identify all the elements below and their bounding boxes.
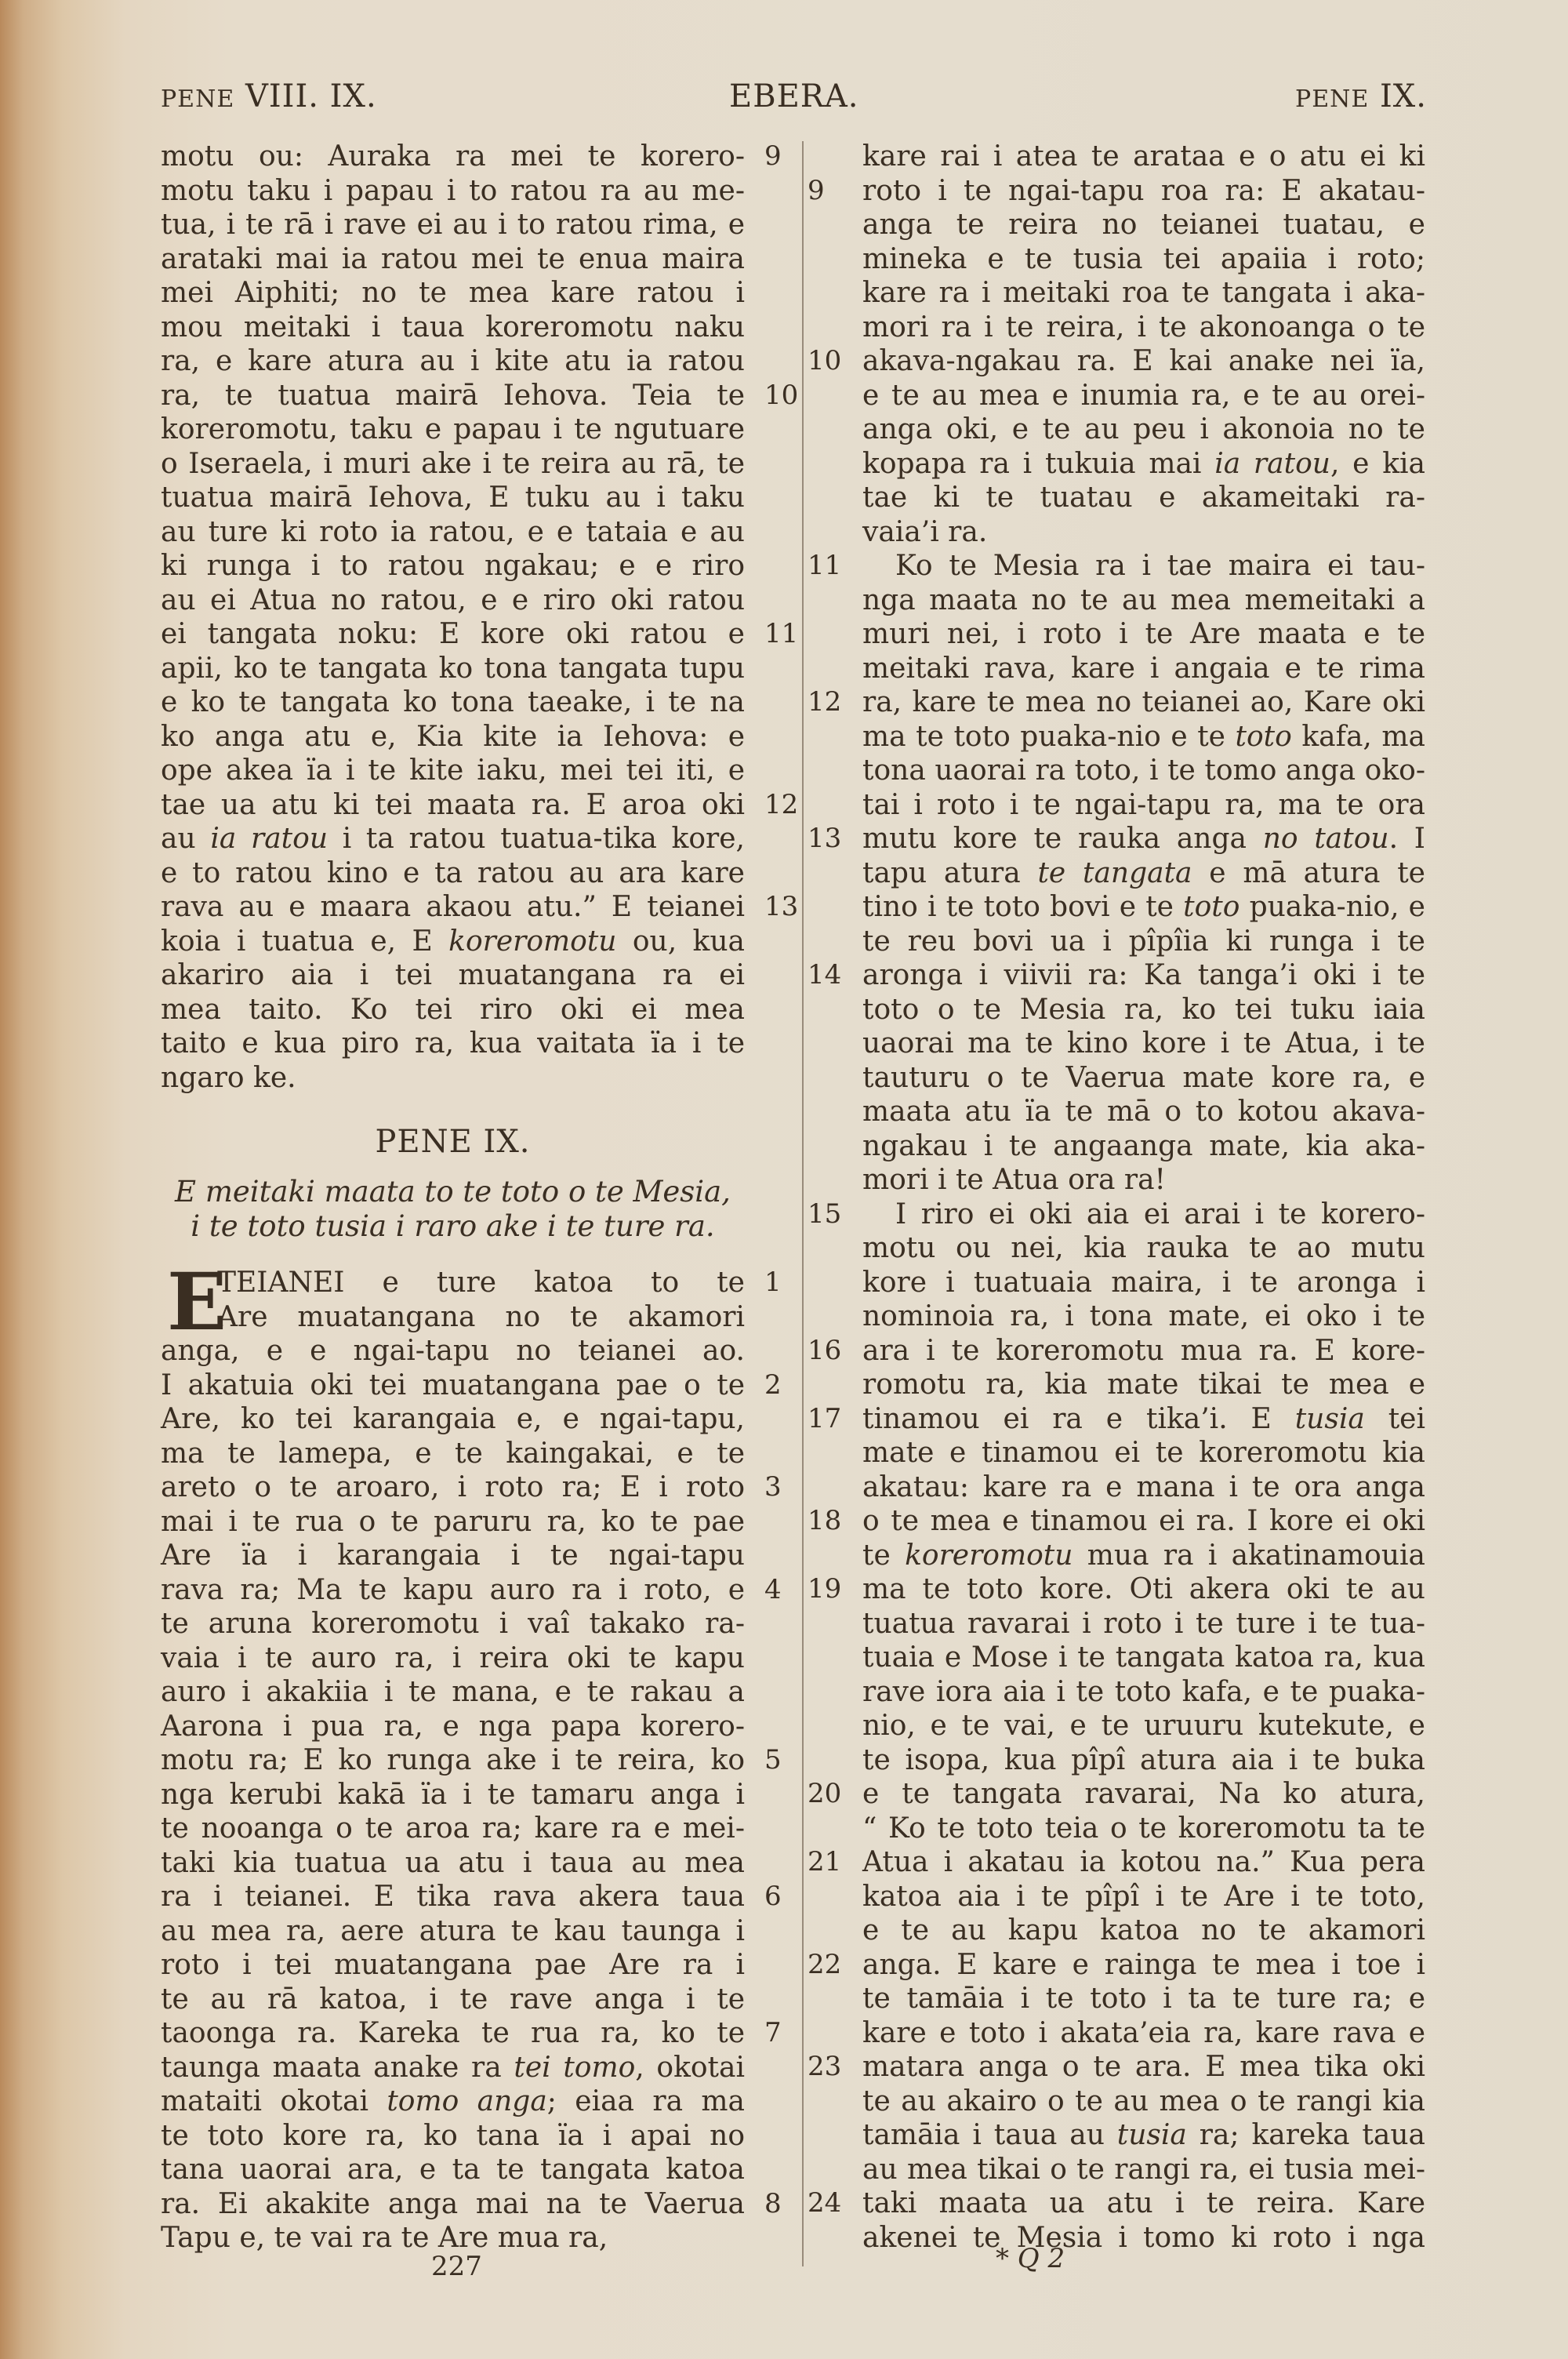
text-line: o te mea e tinamou ei ra. I kore ei oki1…	[808, 1504, 1427, 1539]
line-text: taunga maata anake ra tei tomo, okotai	[161, 2051, 745, 2085]
text-line: e te au kapu katoa no te akamori	[808, 1914, 1427, 1948]
verse-number: 23	[808, 2050, 841, 2085]
text-line: ra i teianei. E tika rava akera taua6	[161, 1880, 788, 1914]
running-head-right: Pene IX.	[1295, 78, 1427, 114]
text-line: motu ou nei, kia rauka te ao mutu	[808, 1231, 1427, 1266]
line-text: motu ra; E ko runga ake i te reira, ko	[161, 1743, 745, 1778]
line-text: au ia ratou i ta ratou tuatua-tika kore,	[161, 822, 745, 856]
text-line: auro i akakiia i te mana, e te rakau a	[161, 1675, 788, 1710]
chapter-9-continued-text: kare rai i atea te arataa e o atu ei kir…	[808, 140, 1427, 2255]
line-text: mea taito. Ko tei riro oki ei mea	[161, 993, 745, 1027]
line-text: e te tangata ravarai, Na ko atura,	[862, 1777, 1425, 1812]
line-text: I akatuia oki tei muatangana pae o te	[161, 1369, 745, 1403]
text-line: rava ra; Ma te kapu auro ra i roto, e4	[161, 1573, 788, 1608]
printer-signature-mark: * Q 2	[996, 2243, 1065, 2274]
line-text: motu ou nei, kia rauka te ao mutu	[862, 1231, 1425, 1266]
text-line: kore i tuatuaia maira, i te aronga i	[808, 1266, 1427, 1300]
line-text: muri nei, i roto i te Are maata e te	[862, 617, 1425, 652]
text-line: au mea ra, aere atura te kau taunga i	[161, 1914, 788, 1949]
line-text-roman: mua ra i akatinamouia	[1073, 1539, 1425, 1572]
line-text-italic: no tatou	[1263, 823, 1389, 855]
line-text: nga maata no te au mea memeitaki a	[862, 583, 1425, 618]
text-line: ngakau i te angaanga mate, kia aka-	[808, 1129, 1427, 1164]
text-line: I riro ei oki aia ei arai i te korero-15	[808, 1198, 1427, 1232]
text-line: te au akairo o te au mea o te rangi kia	[808, 2085, 1427, 2119]
text-line: tai i roto i te ngai-tapu ra, ma te ora	[808, 788, 1427, 823]
line-text: te au rā katoa, i te rave anga i te	[161, 1983, 745, 2017]
line-text: Are, ko tei karangaia e, e ngai-tapu,	[161, 1402, 745, 1437]
verse-number: 9	[764, 140, 782, 174]
line-text: o te mea e tinamou ei ra. I kore ei oki	[862, 1504, 1425, 1539]
text-line: mutu kore te rauka anga no tatou. I13	[808, 822, 1427, 856]
text-line: te toto kore ra, ko tana ïa i apai no	[161, 2119, 788, 2154]
line-text-italic: tusia	[1295, 1403, 1365, 1435]
line-text: Tapu e, te vai ra te Are mua ra,	[161, 2221, 745, 2255]
line-text: mei Aiphiti; no te mea kare ratou i	[161, 276, 745, 311]
verse-number: 13	[808, 822, 841, 856]
text-line: Are, ko tei karangaia e, e ngai-tapu,	[161, 1402, 788, 1437]
line-text: “ Ko te toto teia o te koreromotu ta te	[862, 1812, 1425, 1846]
line-text: ngaro ke.	[161, 1061, 745, 1096]
line-text: nio, e te vai, e te uruuru kutekute, e	[862, 1709, 1425, 1743]
line-text: motu taku i papau i to ratou ra au me-	[161, 174, 745, 209]
line-text: roto i te ngai-tapu roa ra: E akatau-	[862, 174, 1425, 209]
text-line: tapu atura te tangata e mā atura te	[808, 856, 1427, 891]
line-text: akava-ngakau ra. E kai anake nei ïa,	[862, 344, 1425, 379]
text-line: toto o te Mesia ra, ko tei tuku iaia	[808, 993, 1427, 1027]
line-text: ma te toto kore. Oti akera oki te au	[862, 1572, 1425, 1607]
text-line: o Iseraela, i muri ake i te reira au rā,…	[161, 447, 788, 482]
chapter-summary-line: i te toto tusia i raro ake i te ture ra.	[161, 1209, 745, 1244]
line-text-roman: koia i tuatua e, E	[161, 925, 448, 958]
line-text: te koreromotu mua ra i akatinamouia	[862, 1539, 1425, 1573]
text-line: te reu bovi ua i pîpîia ki runga i te	[808, 925, 1427, 959]
text-line: tona uaorai ra toto, i te tomo anga oko-	[808, 754, 1427, 788]
line-text: te aruna koreromotu i vaî takako ra-	[161, 1607, 745, 1641]
line-text-roman: , okotai	[635, 2052, 745, 2084]
line-text: tae ki te tuatau e akameitaki ra-	[862, 481, 1425, 515]
line-text: mataiti okotai tomo anga; eiaa ra ma	[161, 2085, 745, 2119]
line-text: akatau: kare ra e mana i te ora anga	[862, 1470, 1425, 1505]
line-text: mori ra i te reira, i te akonoanga o te	[862, 311, 1425, 345]
text-line: I akatuia oki tei muatangana pae o te2	[161, 1369, 788, 1403]
text-line: ma te lamepa, e te kaingakai, e te	[161, 1437, 788, 1471]
line-text-italic: koreromotu	[448, 925, 616, 958]
line-text-roman: tinamou ei ra e tika’i. E	[862, 1403, 1295, 1435]
text-line: vaia’i ra.	[808, 515, 1427, 550]
line-text: ra i teianei. E tika rava akera taua	[161, 1880, 745, 1914]
text-line: tuatua ravarai i roto i te ture i te tua…	[808, 1607, 1427, 1641]
verse-number: 20	[808, 1777, 841, 1812]
text-line: anga. E kare e rainga te mea i toe i22	[808, 1948, 1427, 1983]
line-text: tauturu o te Vaerua mate kore ra, e	[862, 1061, 1425, 1096]
text-line: Atua i akatau ia kotou na.” Kua pera21	[808, 1845, 1427, 1880]
line-text-italic: tei tomo	[514, 2052, 635, 2084]
line-text: Atua i akatau ia kotou na.” Kua pera	[862, 1845, 1425, 1880]
text-line: au ia ratou i ta ratou tuatua-tika kore,	[161, 822, 788, 856]
line-text: tapu atura te tangata e mā atura te	[862, 856, 1425, 891]
line-text-italic: koreromotu	[905, 1539, 1073, 1572]
line-text: nga kerubi kakā ïa i te tamaru anga i	[161, 1778, 745, 1812]
line-text: te isopa, kua pîpî atura aia i te buka	[862, 1743, 1425, 1778]
text-line: matara anga o te ara. E mea tika oki23	[808, 2050, 1427, 2085]
line-text: ko anga atu e, Kia kite ia Iehova: e	[161, 720, 745, 754]
text-line: te nooanga o te aroa ra; kare ra e mei-	[161, 1812, 788, 1846]
line-text: TEIANEI e ture katoa to te	[217, 1266, 745, 1300]
text-line: mori i te Atua ora ra!	[808, 1163, 1427, 1198]
line-text: mori i te Atua ora ra!	[862, 1163, 1425, 1198]
text-line: e ko te tangata ko tona taeake, i te na	[161, 685, 788, 720]
line-text: ei tangata noku: E kore oki ratou e	[161, 617, 745, 652]
verse-number: 5	[764, 1743, 782, 1778]
text-line: Ko te Mesia ra i tae maira ei tau-11	[808, 549, 1427, 583]
line-text: roto i tei muatangana pae Are ra i	[161, 1948, 745, 1983]
text-line: Tapu e, te vai ra te Are mua ra,	[161, 2221, 788, 2255]
line-text: akariro aia i tei muatangana ra ei	[161, 958, 745, 993]
text-line: te au rā katoa, i te rave anga i te	[161, 1983, 788, 2017]
line-text: koia i tuatua e, E koreromotu ou, kua	[161, 925, 745, 959]
line-text: anga oki, e te au peu i akonoia no te	[862, 413, 1425, 447]
text-line: taunga maata anake ra tei tomo, okotai	[161, 2051, 788, 2085]
line-text: tamāia i taua au tusia ra; kareka taua	[862, 2118, 1425, 2153]
text-line: akenei te Mesia i tomo ki roto i nga	[808, 2221, 1427, 2255]
line-text-roman: tapu atura	[862, 857, 1037, 889]
text-line: meitaki rava, kare i angaia e te rima	[808, 652, 1427, 686]
verse-number: 10	[764, 379, 798, 413]
line-text: te tamāia i te toto i ta te ture ra; e	[862, 1982, 1425, 2016]
text-line: ma te toto kore. Oti akera oki te au19	[808, 1572, 1427, 1607]
line-text: arataki mai ia ratou mei te enua maira	[161, 242, 745, 277]
line-text: aronga i viivii ra: Ka tanga’i oki i te	[862, 958, 1425, 993]
left-column: motu ou: Auraka ra mei te korero-9motu t…	[161, 140, 788, 2255]
text-line: mate e tinamou ei te koreromotu kia	[808, 1436, 1427, 1470]
line-text: ma te toto puaka-nio e te toto kafa, ma	[862, 720, 1425, 754]
line-text-italic: tomo anga	[387, 2085, 546, 2117]
text-line: mea taito. Ko tei riro oki ei mea	[161, 993, 788, 1027]
line-text: au ture ki roto ia ratou, e e tataia e a…	[161, 515, 745, 550]
line-text: au mea ra, aere atura te kau taunga i	[161, 1914, 745, 1949]
line-text: e te au mea e inumia ra, e te au orei-	[862, 379, 1425, 413]
line-text: ra, te tuatua mairā Iehova. Teia te	[161, 379, 745, 413]
line-text-roman: ; eiaa ra ma	[547, 2085, 745, 2117]
verse-number: 19	[808, 1572, 841, 1607]
chapter-title: PENE IX.	[161, 1118, 745, 1165]
text-line: ra. Ei akakite anga mai na te Vaerua8	[161, 2187, 788, 2222]
text-line: uaorai ma te kino kore i te Atua, i te	[808, 1027, 1427, 1061]
text-line: anga oki, e te au peu i akonoia no te	[808, 413, 1427, 447]
line-text: vaia i te auro ra, i reira oki te kapu	[161, 1641, 745, 1676]
line-text: kare e toto i akata’eia ra, kare rava e	[862, 2016, 1425, 2051]
verse-number: 11	[808, 549, 841, 583]
verse-number: 4	[764, 1573, 782, 1608]
text-line: tua, i te rā i rave ei au i to ratou rim…	[161, 208, 788, 242]
page-number: 227	[431, 2251, 482, 2282]
verse-number: 11	[764, 617, 798, 652]
line-text-roman: au	[161, 823, 210, 855]
line-text: anga. E kare e rainga te mea i toe i	[862, 1948, 1425, 1983]
text-line: motu taku i papau i to ratou ra au me-	[161, 174, 788, 209]
line-text: matara anga o te ara. E mea tika oki	[862, 2050, 1425, 2085]
text-line: tuaia e Mose i te tangata katoa ra, kua	[808, 1641, 1427, 1675]
text-line: TEIANEI e ture katoa to te1	[161, 1266, 788, 1300]
text-line: ei tangata noku: E kore oki ratou e11	[161, 617, 788, 652]
verse-number: 24	[808, 2186, 841, 2221]
chapter-summary-line: E meitaki maata to te toto o te Mesia,	[161, 1175, 745, 1209]
line-text: tuaia e Mose i te tangata katoa ra, kua	[862, 1641, 1425, 1675]
line-text-roman: ra; kareka taua	[1187, 2119, 1425, 2151]
text-line: au ei Atua no ratou, e e riro oki ratou	[161, 583, 788, 618]
verse-number: 7	[764, 2016, 782, 2051]
line-text-roman: taunga maata anake ra	[161, 2052, 514, 2084]
line-text: tae ua atu ki tei maata ra. E aroa oki	[161, 788, 745, 823]
verse-number: 12	[764, 788, 798, 823]
line-text-roman: tei	[1365, 1403, 1425, 1435]
text-line: te koreromotu mua ra i akatinamouia	[808, 1539, 1427, 1573]
text-line: kopapa ra i tukuia mai ia ratou, e kia	[808, 447, 1427, 482]
line-text: kore i tuatuaia maira, i te aronga i	[862, 1266, 1425, 1300]
line-text: e to ratou kino e ta ratou au ara kare	[161, 856, 745, 891]
line-text: maata atu ïa te mā o to kotou akava-	[862, 1095, 1425, 1129]
text-line: koia i tuatua e, E koreromotu ou, kua	[161, 925, 788, 959]
verse-number: 15	[808, 1198, 841, 1232]
text-line: taoonga ra. Kareka te rua ra, ko te7	[161, 2016, 788, 2051]
line-text: au mea tikai o te rangi ra, ei tusia mei…	[862, 2153, 1425, 2187]
line-text: taki kia tuatua ua atu i taua au mea	[161, 1846, 745, 1881]
book-title: EBERA.	[729, 78, 859, 114]
line-text: ope akea ïa i te kite iaku, mei tei iti,…	[161, 754, 745, 788]
text-line: taki kia tuatua ua atu i taua au mea	[161, 1846, 788, 1881]
text-line: rava au e maara akaou atu.” E teianei13	[161, 890, 788, 925]
line-text: Are ïa i karangaia i te ngai-tapu	[161, 1539, 745, 1573]
line-text-roman: i ta ratou tuatua-tika kore,	[328, 823, 745, 855]
text-line: Are ïa i karangaia i te ngai-tapu	[161, 1539, 788, 1573]
running-head: Pene VIII. IX. EBERA. Pene IX.	[161, 78, 1427, 125]
line-text-roman: tino i te toto bovi e te	[862, 891, 1183, 923]
line-text: romotu ra, kia mate tikai te mea e	[862, 1368, 1425, 1402]
verse-number: 1	[764, 1266, 782, 1300]
text-line: ara i te koreromotu mua ra. E kore-16	[808, 1334, 1427, 1369]
line-text-italic: ia ratou	[210, 823, 328, 855]
text-line: nga kerubi kakā ïa i te tamaru anga i	[161, 1778, 788, 1812]
text-line: nga maata no te au mea memeitaki a	[808, 583, 1427, 618]
line-text: tai i roto i te ngai-tapu ra, ma te ora	[862, 788, 1425, 823]
line-text: ngakau i te angaanga mate, kia aka-	[862, 1129, 1425, 1164]
chapter-summary: E meitaki maata to te toto o te Mesia, i…	[161, 1175, 745, 1244]
text-line: nio, e te vai, e te uruuru kutekute, e	[808, 1709, 1427, 1743]
text-line: tuatua mairā Iehova, E tuku au i taku	[161, 481, 788, 515]
line-text: meitaki rava, kare i angaia e te rima	[862, 652, 1425, 686]
text-line: akatau: kare ra e mana i te ora anga	[808, 1470, 1427, 1505]
line-text: I riro ei oki aia ei arai i te korero-	[895, 1198, 1425, 1232]
line-text-italic: toto	[1236, 721, 1292, 753]
line-text-roman: te	[862, 1539, 905, 1572]
verse-number: 9	[808, 174, 825, 209]
book-page: Pene VIII. IX. EBERA. Pene IX. motu ou: …	[0, 0, 1568, 2359]
text-line: nominoia ra, i tona mate, ei oko i te	[808, 1299, 1427, 1334]
text-line: au ture ki roto ia ratou, e e tataia e a…	[161, 515, 788, 550]
text-line: te isopa, kua pîpî atura aia i te buka	[808, 1743, 1427, 1778]
text-line: tae ki te tuatau e akameitaki ra-	[808, 481, 1427, 515]
right-column: kare rai i atea te arataa e o atu ei kir…	[808, 140, 1427, 2255]
line-text: motu ou: Auraka ra mei te korero-	[161, 140, 745, 174]
line-text: ki runga i to ratou ngakau; e e riro	[161, 549, 745, 583]
line-text-italic: toto	[1183, 891, 1240, 923]
verse-number: 18	[808, 1504, 841, 1539]
line-text: e ko te tangata ko tona taeake, i te na	[161, 685, 745, 720]
line-text-roman: mataiti okotai	[161, 2085, 387, 2117]
verse-number: 3	[764, 1470, 782, 1505]
line-text: ra, e kare atura au i kite atu ia ratou	[161, 344, 745, 379]
line-text: koreromotu, taku e papau i te ngutuare	[161, 413, 745, 447]
text-line: romotu ra, kia mate tikai te mea e	[808, 1368, 1427, 1402]
text-line: mineka e te tusia tei apaiia i roto;	[808, 242, 1427, 277]
text-line: tamāia i taua au tusia ra; kareka taua	[808, 2118, 1427, 2153]
line-text: ma te lamepa, e te kaingakai, e te	[161, 1437, 745, 1471]
text-line: apii, ko te tangata ko tona tangata tupu	[161, 652, 788, 686]
text-line: mei Aiphiti; no te mea kare ratou i	[161, 276, 788, 311]
running-head-right-smallcaps: Pene	[1295, 85, 1369, 113]
text-line: ra, e kare atura au i kite atu ia ratou	[161, 344, 788, 379]
line-text: te toto kore ra, ko tana ïa i apai no	[161, 2119, 745, 2154]
text-line: mori ra i te reira, i te akonoanga o te	[808, 311, 1427, 345]
line-text: vaia’i ra.	[862, 515, 1425, 550]
text-line: motu ou: Auraka ra mei te korero-9	[161, 140, 788, 174]
verse-number: 17	[808, 1402, 841, 1437]
line-text-italic: ia ratou	[1214, 448, 1330, 480]
text-line: koreromotu, taku e papau i te ngutuare	[161, 413, 788, 447]
verse-number: 22	[808, 1948, 841, 1983]
line-text: Aarona i pua ra, e nga papa korero-	[161, 1710, 745, 1744]
line-text: rave iora aia i te toto kafa, e te puaka…	[862, 1675, 1425, 1710]
line-text: tana uaorai ara, e ta te tangata katoa	[161, 2153, 745, 2187]
text-line: ngaro ke.	[161, 1061, 788, 1096]
line-text-roman: kopapa ra i tukuia mai	[862, 448, 1214, 480]
line-text-roman: ma te toto puaka-nio e te	[862, 721, 1236, 753]
line-text: tinamou ei ra e tika’i. E tusia tei	[862, 1402, 1425, 1437]
verse-number: 14	[808, 958, 841, 993]
chapter-9-text: E TEIANEI e ture katoa to te1Are muatang…	[161, 1266, 788, 2255]
text-line: maata atu ïa te mā o to kotou akava-	[808, 1095, 1427, 1129]
line-text: taki maata ua atu i te reira. Kare	[862, 2186, 1425, 2221]
text-line: muri nei, i roto i te Are maata e te	[808, 617, 1427, 652]
text-line: tae ua atu ki tei maata ra. E aroa oki12	[161, 788, 788, 823]
line-text: rava ra; Ma te kapu auro ra i roto, e	[161, 1573, 745, 1608]
text-line: roto i tei muatangana pae Are ra i	[161, 1948, 788, 1983]
text-line: vaia i te auro ra, i reira oki te kapu	[161, 1641, 788, 1676]
line-text: te au akairo o te au mea o te rangi kia	[862, 2085, 1425, 2119]
text-line: mataiti okotai tomo anga; eiaa ra ma	[161, 2085, 788, 2119]
text-line: katoa aia i te pîpî i te Are i te toto,	[808, 1880, 1427, 1914]
text-line: kare e toto i akata’eia ra, kare rava e	[808, 2016, 1427, 2051]
line-text: mate e tinamou ei te koreromotu kia	[862, 1436, 1425, 1470]
text-line: areto o te aroaro, i roto ra; E i roto3	[161, 1470, 788, 1505]
line-text: uaorai ma te kino kore i te Atua, i te	[862, 1027, 1425, 1061]
line-text: Are muatangana no te akamori	[217, 1300, 745, 1335]
verse-number: 8	[764, 2187, 782, 2222]
line-text: au ei Atua no ratou, e e riro oki ratou	[161, 583, 745, 618]
line-text-italic: tusia	[1117, 2119, 1187, 2151]
text-line: taki maata ua atu i te reira. Kare24	[808, 2186, 1427, 2221]
line-text: kopapa ra i tukuia mai ia ratou, e kia	[862, 447, 1425, 482]
text-line: e te au mea e inumia ra, e te au orei-	[808, 379, 1427, 413]
line-text-roman: . I	[1389, 823, 1425, 855]
text-line: kare ra i meitaki roa te tangata i aka-	[808, 276, 1427, 311]
verse-number: 16	[808, 1334, 841, 1369]
line-text: toto o te Mesia ra, ko tei tuku iaia	[862, 993, 1425, 1027]
line-text: tuatua mairā Iehova, E tuku au i taku	[161, 481, 745, 515]
line-text: o Iseraela, i muri ake i te reira au rā,…	[161, 447, 745, 482]
text-line: Aarona i pua ra, e nga papa korero-	[161, 1710, 788, 1744]
line-text-roman: tamāia i taua au	[862, 2119, 1117, 2151]
running-head-left-smallcaps: Pene	[161, 85, 234, 113]
line-text: te reu bovi ua i pîpîia ki runga i te	[862, 925, 1425, 959]
text-line: motu ra; E ko runga ake i te reira, ko5	[161, 1743, 788, 1778]
verse-number: 13	[764, 890, 798, 925]
line-text-roman: , e kia	[1330, 448, 1425, 480]
text-line: arataki mai ia ratou mei te enua maira	[161, 242, 788, 277]
line-text-roman: mutu kore te rauka anga	[862, 823, 1263, 855]
text-line: akariro aia i tei muatangana ra ei	[161, 958, 788, 993]
line-text: mutu kore te rauka anga no tatou. I	[862, 822, 1425, 856]
line-text: taito e kua piro ra, kua vaitata ïa i te	[161, 1027, 745, 1061]
line-text: kare rai i atea te arataa e o atu ei ki	[862, 140, 1425, 174]
line-text: tuatua ravarai i roto i te ture i te tua…	[862, 1607, 1425, 1641]
text-line: tauturu o te Vaerua mate kore ra, e	[808, 1061, 1427, 1096]
text-line: Are muatangana no te akamori	[161, 1300, 788, 1335]
line-text: mou meitaki i taua koreromotu naku	[161, 311, 745, 345]
running-head-left-chapters: VIII. IX.	[234, 78, 376, 114]
line-text: auro i akakiia i te mana, e te rakau a	[161, 1675, 745, 1710]
verse-number: 21	[808, 1845, 841, 1880]
line-text-roman: kafa, ma	[1292, 721, 1425, 753]
text-line: ma te toto puaka-nio e te toto kafa, ma	[808, 720, 1427, 754]
line-text-italic: te tangata	[1037, 857, 1192, 889]
text-line: au mea tikai o te rangi ra, ei tusia mei…	[808, 2153, 1427, 2187]
line-text: rava au e maara akaou atu.” E teianei	[161, 890, 745, 925]
line-text: taoonga ra. Kareka te rua ra, ko te	[161, 2016, 745, 2051]
line-text: mineka e te tusia tei apaiia i roto;	[862, 242, 1425, 277]
chapter-8-text: motu ou: Auraka ra mei te korero-9motu t…	[161, 140, 788, 1095]
text-line: tana uaorai ara, e ta te tangata katoa	[161, 2153, 788, 2187]
text-line: roto i te ngai-tapu roa ra: E akatau-9	[808, 174, 1427, 209]
text-line: e te tangata ravarai, Na ko atura,20	[808, 1777, 1427, 1812]
text-line: “ Ko te toto teia o te koreromotu ta te	[808, 1812, 1427, 1846]
text-line: anga, e e ngai-tapu no teianei ao.	[161, 1334, 788, 1369]
text-line: ra, kare te mea no teianei ao, Kare oki1…	[808, 685, 1427, 720]
text-line: tino i te toto bovi e te toto puaka-nio,…	[808, 890, 1427, 925]
text-line: ko anga atu e, Kia kite ia Iehova: e	[161, 720, 788, 754]
line-text: kare ra i meitaki roa te tangata i aka-	[862, 276, 1425, 311]
text-line: taito e kua piro ra, kua vaitata ïa i te	[161, 1027, 788, 1061]
text-line: ope akea ïa i te kite iaku, mei tei iti,…	[161, 754, 788, 788]
verse-number: 6	[764, 1880, 782, 1914]
column-divider	[802, 141, 804, 2266]
line-text: apii, ko te tangata ko tona tangata tupu	[161, 652, 745, 686]
line-text: Ko te Mesia ra i tae maira ei tau-	[895, 549, 1425, 583]
line-text: e te au kapu katoa no te akamori	[862, 1914, 1425, 1948]
text-line: ra, te tuatua mairā Iehova. Teia te10	[161, 379, 788, 413]
line-text: areto o te aroaro, i roto ra; E i roto	[161, 1470, 745, 1505]
verse-number: 12	[808, 685, 841, 720]
text-line: rave iora aia i te toto kafa, e te puaka…	[808, 1675, 1427, 1710]
line-text-roman: ou, kua	[616, 925, 745, 958]
line-text: anga, e e ngai-tapu no teianei ao.	[161, 1334, 745, 1369]
text-line: kare rai i atea te arataa e o atu ei ki	[808, 140, 1427, 174]
line-text: mai i te rua o te paruru ra, ko te pae	[161, 1505, 745, 1539]
line-text: anga te reira no teianei tuatau, e	[862, 208, 1425, 242]
text-line: e to ratou kino e ta ratou au ara kare	[161, 856, 788, 891]
text-line: te aruna koreromotu i vaî takako ra-	[161, 1607, 788, 1641]
